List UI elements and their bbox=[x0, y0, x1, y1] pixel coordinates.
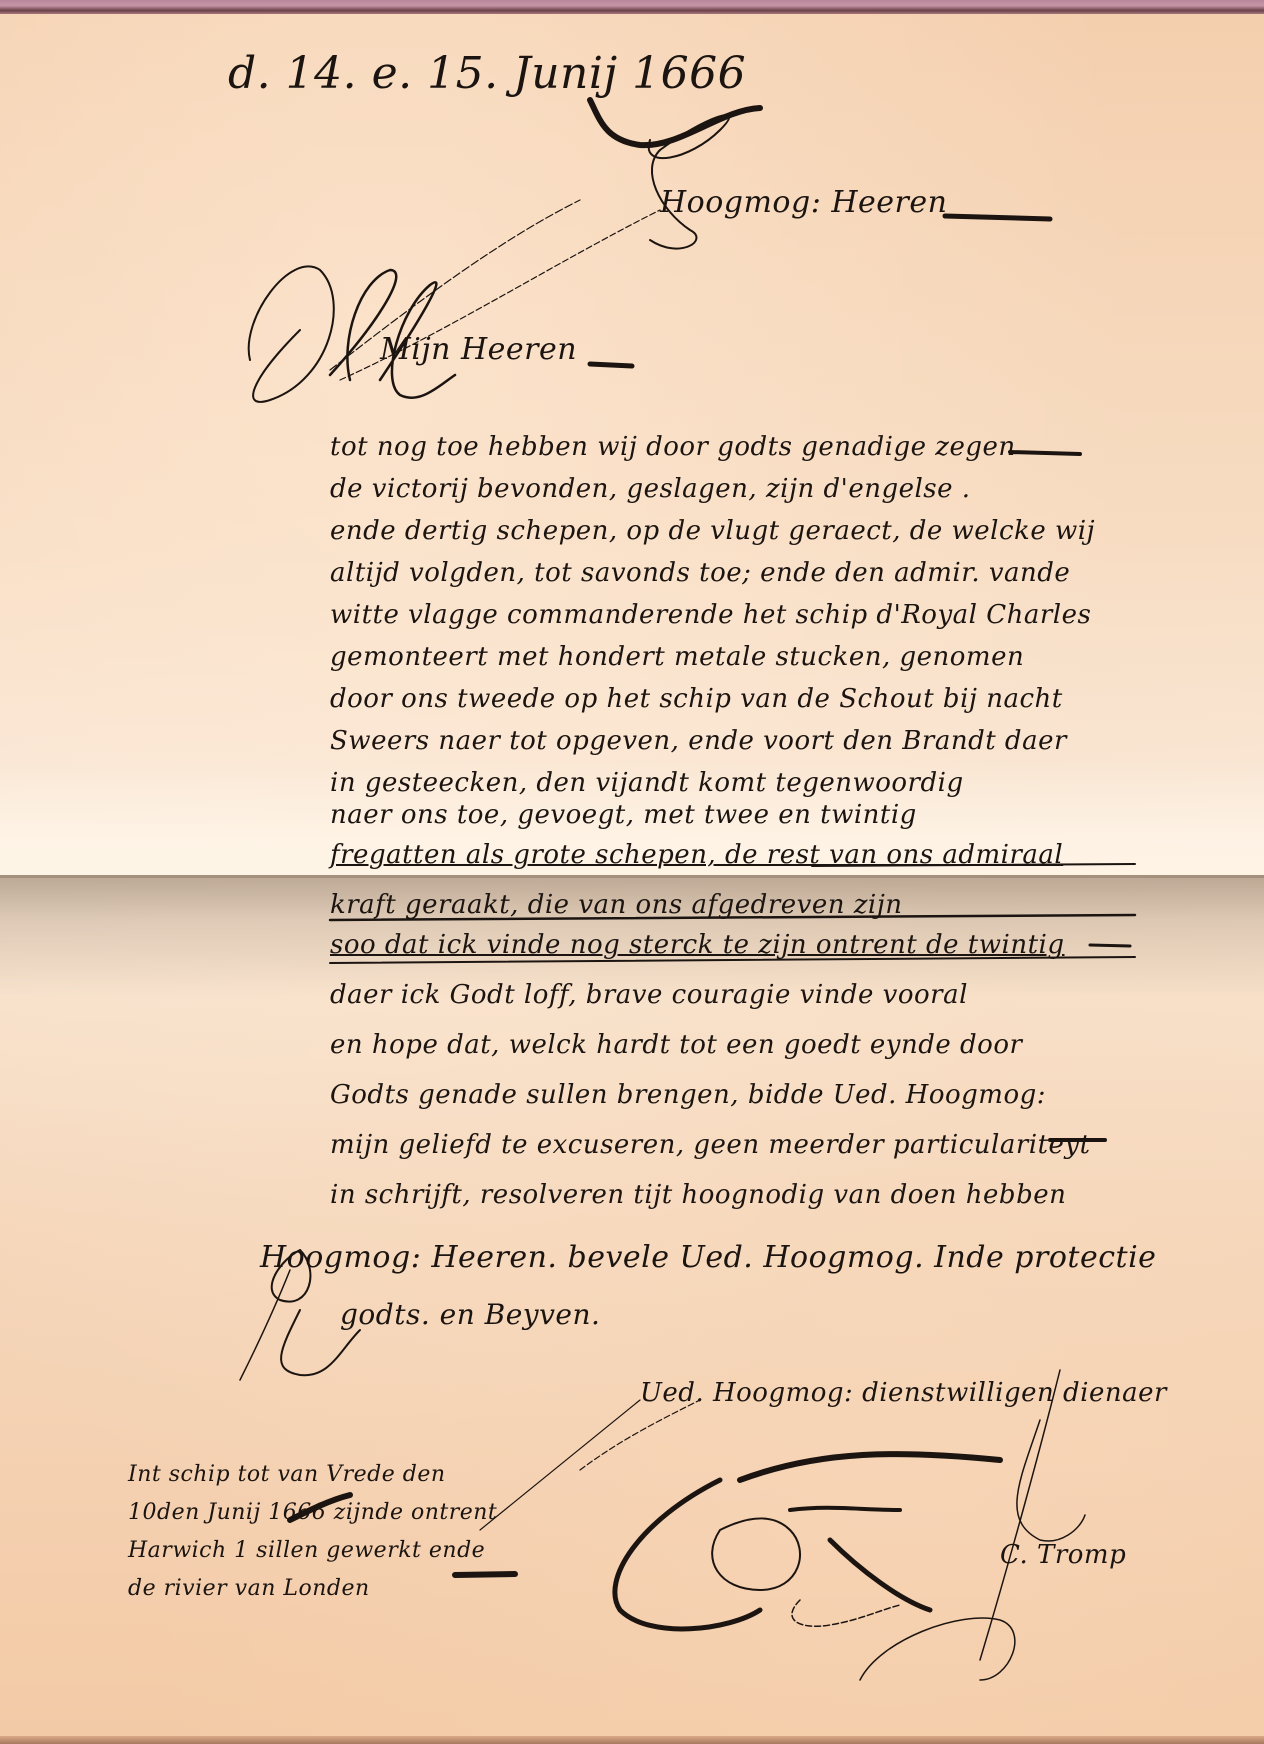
body-line: in gesteecken, den vijandt komt tegenwoo… bbox=[330, 768, 964, 798]
body-line: soo dat ick vinde nog sterck te zijn ont… bbox=[330, 930, 1064, 960]
body-line: altijd volgden, tot savonds toe; ende de… bbox=[330, 558, 1070, 588]
margin-note-line: 10den Junij 1666 zijnde ontrent bbox=[128, 1500, 497, 1525]
body-line: mijn geliefd te excuseren, geen meerder … bbox=[330, 1130, 1091, 1160]
body-line: gemonteert met hondert metale stucken, g… bbox=[330, 642, 1024, 672]
scan-top-band bbox=[0, 0, 1264, 14]
salutation-mijn-heeren: Mijn Heeren bbox=[380, 332, 577, 367]
salutation-hoogmog-heeren: Hoogmog: Heeren bbox=[660, 185, 947, 220]
body-line: tot nog toe hebben wij door godts genadi… bbox=[330, 432, 1016, 462]
margin-note-line: Int schip tot van Vrede den bbox=[128, 1462, 446, 1487]
signature-name: C. Tromp bbox=[1000, 1540, 1126, 1570]
signature-intro: Ued. Hoogmog: dienstwilligen dienaer bbox=[640, 1378, 1167, 1408]
margin-note-line: Harwich 1 sillen gewerkt ende bbox=[128, 1538, 485, 1563]
body-line: door ons tweede op het schip van de Scho… bbox=[330, 684, 1063, 714]
letter-date: d. 14. e. 15. Junij 1666 bbox=[228, 48, 746, 99]
body-line: Godts genade sullen brengen, bidde Ued. … bbox=[330, 1080, 1046, 1110]
body-line: Sweers naer tot opgeven, ende voort den … bbox=[330, 726, 1067, 756]
margin-note-line: de rivier van Londen bbox=[128, 1576, 370, 1601]
body-line: kraft geraakt, die van ons afgedreven zi… bbox=[330, 890, 903, 920]
body-line: naer ons toe, gevoegt, met twee en twint… bbox=[330, 800, 917, 830]
body-line: de victorij bevonden, geslagen, zijn d'e… bbox=[330, 474, 971, 504]
body-line: fregatten als grote schepen, de rest van… bbox=[330, 840, 1063, 870]
body-line: witte vlagge commanderende het schip d'R… bbox=[330, 600, 1091, 630]
body-line: ende dertig schepen, op de vlugt geraect… bbox=[330, 516, 1095, 546]
body-line: in schrijft, resolveren tijt hoognodig v… bbox=[330, 1180, 1066, 1210]
closing-line-2: godts. en Beyven. bbox=[340, 1298, 600, 1331]
paper-bottom-edge bbox=[0, 1736, 1264, 1744]
body-line: en hope dat, welck hardt tot een goedt e… bbox=[330, 1030, 1022, 1060]
body-line: daer ick Godt loff, brave couragie vinde… bbox=[330, 980, 968, 1010]
closing-line-1: Hoogmog: Heeren. bevele Ued. Hoogmog. In… bbox=[260, 1240, 1156, 1275]
